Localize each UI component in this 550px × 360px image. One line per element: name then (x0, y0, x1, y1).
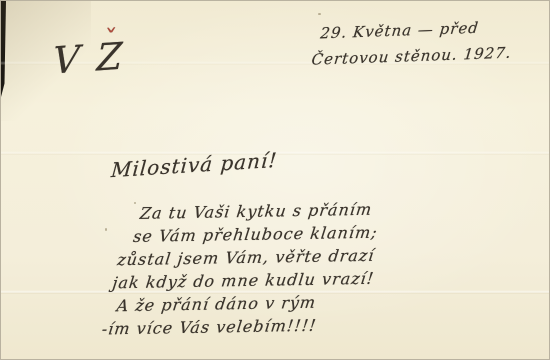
dateline: 29. Května — před Čertovou stěnou. 1927. (316, 14, 515, 73)
letter-page: VˇZ 29. Května — před Čertovou stěnou. 1… (0, 0, 550, 360)
poem: Za tu Vaši kytku s přáním se Vám přehlub… (105, 198, 385, 341)
red-caron-mark: ˇ (104, 25, 119, 56)
initial-v: V (52, 37, 81, 82)
paper-speck (318, 13, 321, 15)
poem-line: jak když do mne kudlu vrazí! (111, 267, 376, 295)
initial-z: ˇZ (96, 34, 124, 79)
sender-initials: VˇZ (52, 34, 124, 82)
paper-speck (105, 228, 107, 231)
poem-line: -ím více Vás velebím!!!! (101, 313, 371, 341)
